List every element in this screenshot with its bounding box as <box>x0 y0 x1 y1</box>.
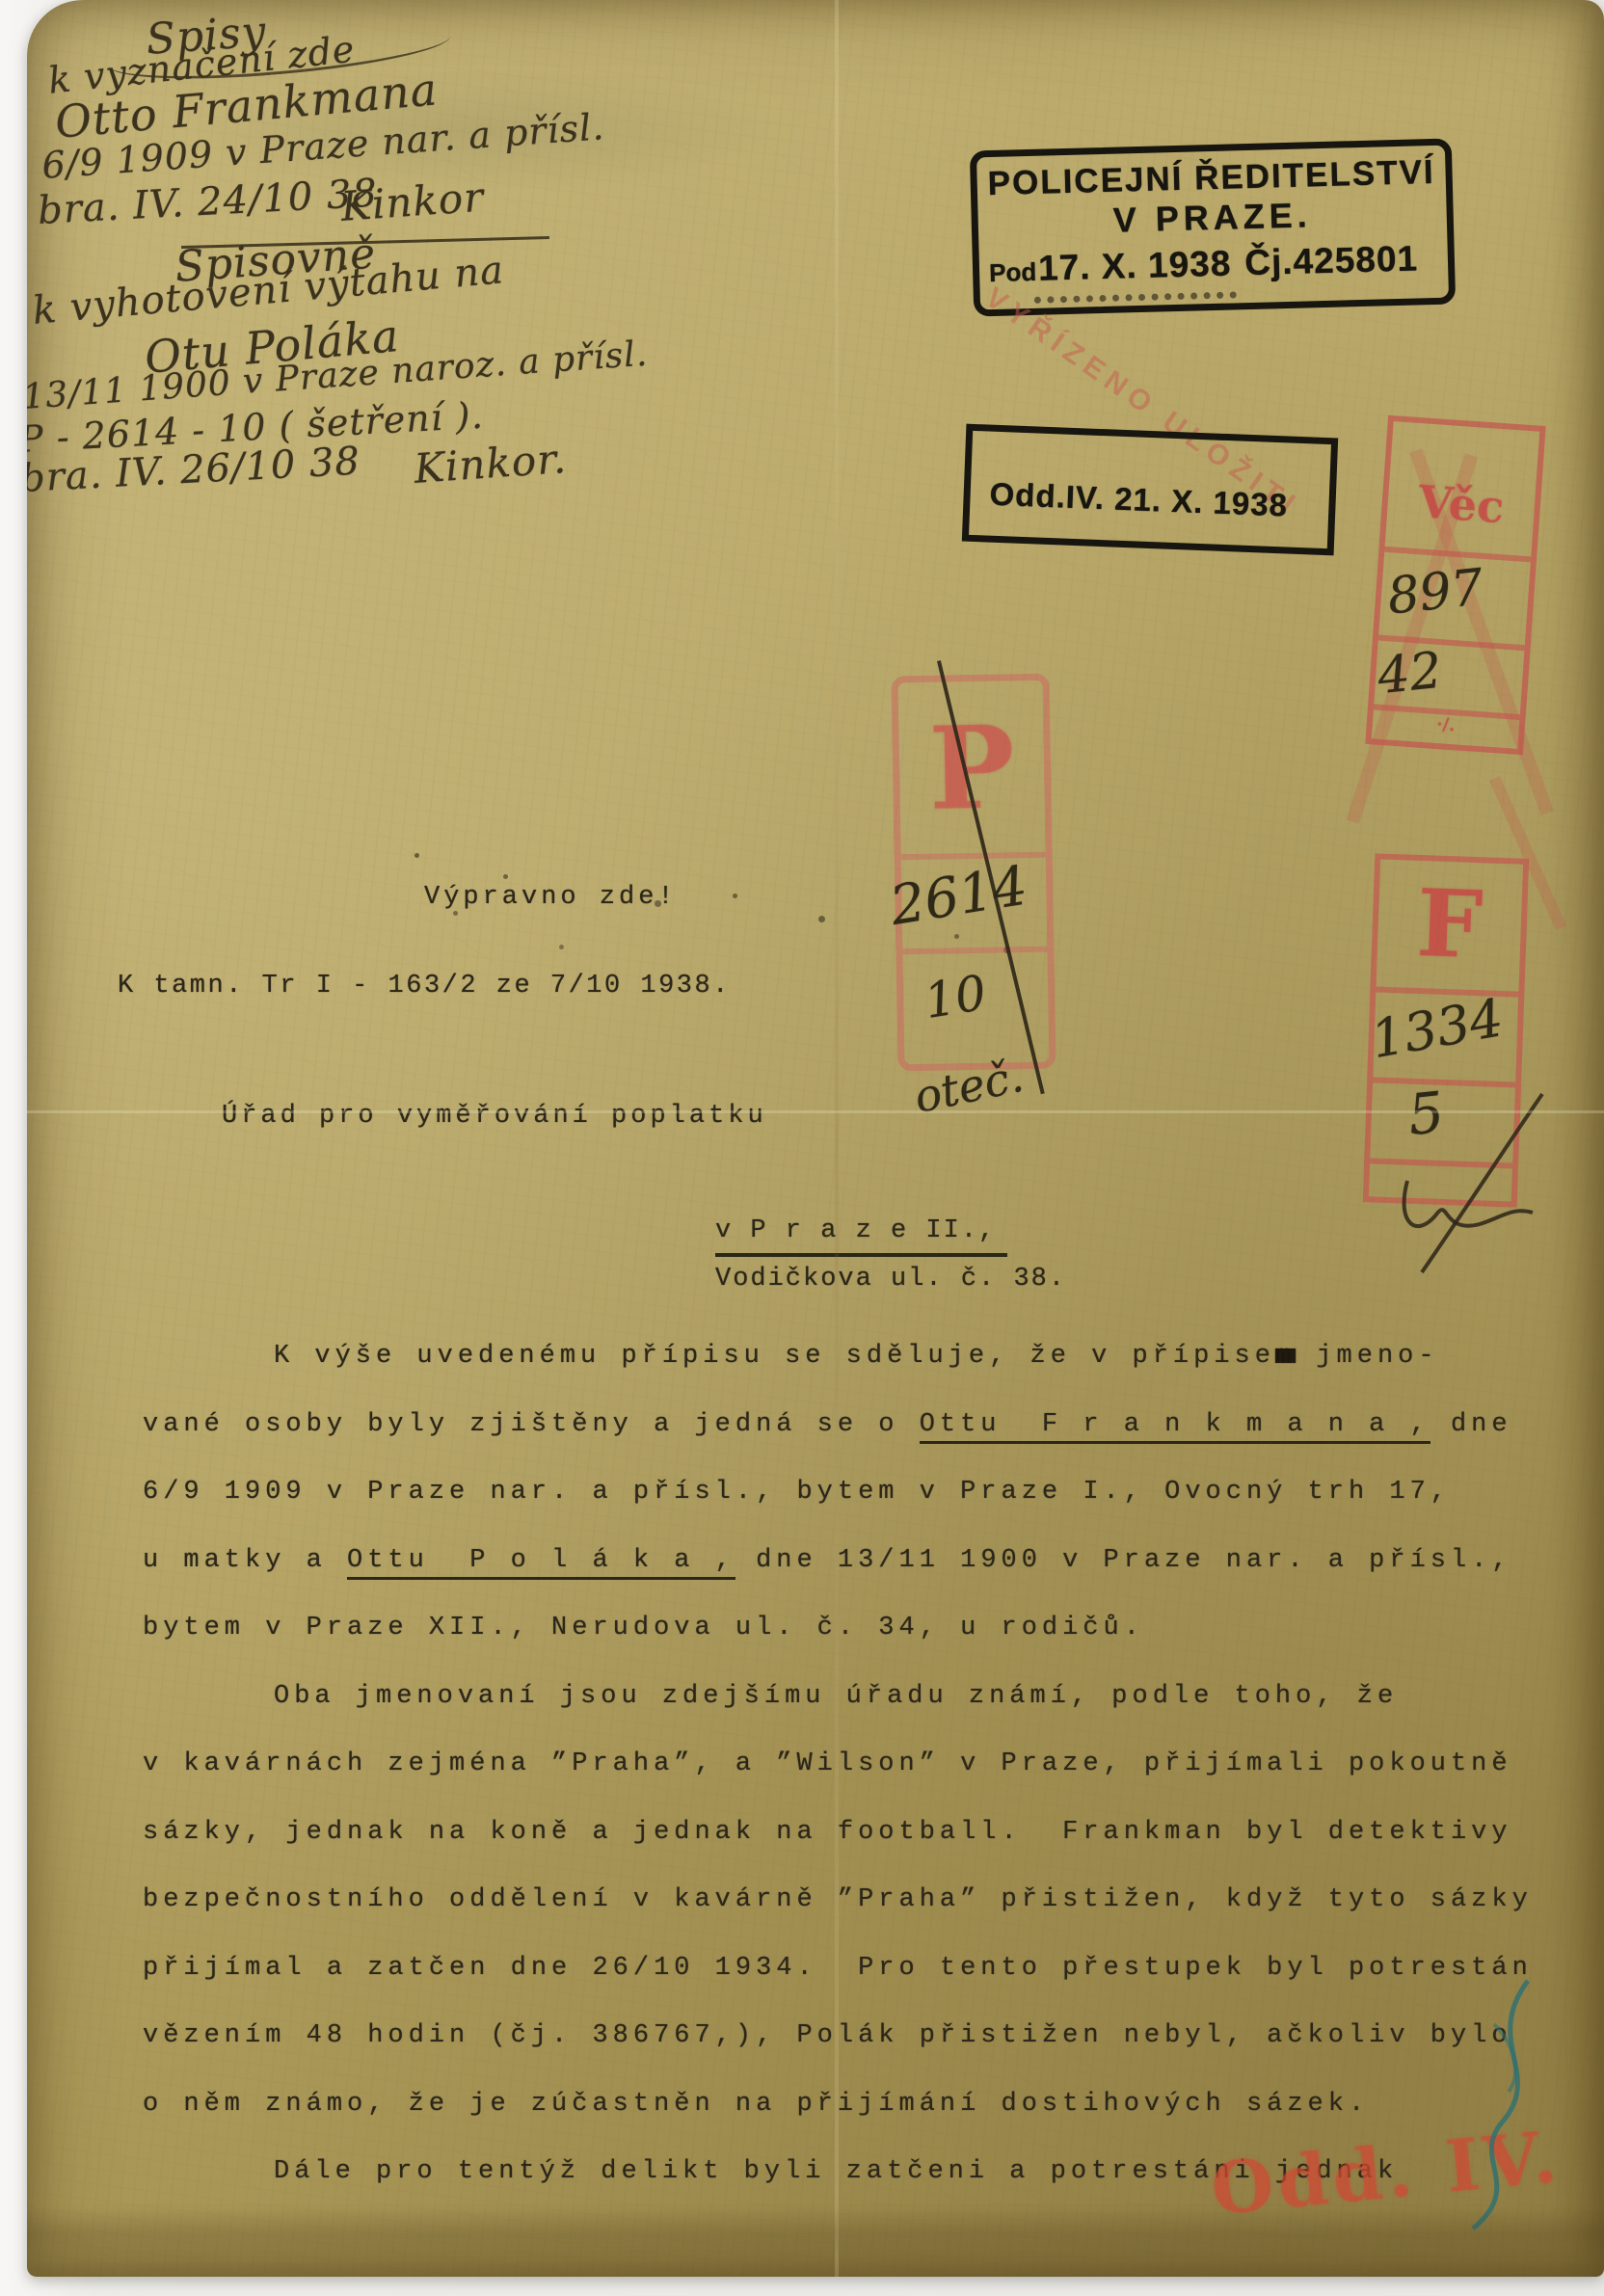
body-text-segment: sázky, jednak na koně a jednak na footba… <box>143 1818 1512 1847</box>
vec-label: Věc <box>1386 421 1539 535</box>
typed-body-line: K výše uvedenému přípisu se sděluje, že … <box>143 1342 1550 1410</box>
typed-body-line: vězením 48 hodin (čj. 386767,), Polák př… <box>143 2021 1550 2090</box>
body-text-segment: K výše uvedenému přípisu se sděluje, že … <box>274 1342 1275 1371</box>
vec-number-1: 897 <box>1385 559 1486 627</box>
stamp-date: 17. X. 1938 <box>1038 243 1232 288</box>
typed-body-line: Oba jmenovaní jsou zdejšímu úřadu známí,… <box>143 1682 1550 1750</box>
p-label: P <box>898 681 1046 857</box>
body-text-segment: u matky a <box>143 1546 347 1575</box>
p-number-2: 10 <box>921 965 990 1029</box>
typed-body-line: 6/9 1909 v Praze nar. a přísl., bytem v … <box>143 1478 1550 1546</box>
f-cell-1: 1334 <box>1373 992 1518 1087</box>
body-text-segment: jmeno- <box>1296 1342 1438 1371</box>
handwritten-signature: Kinkor <box>339 174 486 230</box>
underlined-name: Ottu F r a n k m a n a , <box>920 1410 1430 1444</box>
p-header-cell: P <box>898 681 1046 861</box>
p-number-1: 2614 <box>886 855 1031 938</box>
paper-content: Spisy k vyznačení zde Otto Frankmana 6/9… <box>27 0 1604 2277</box>
typed-body: K výše uvedenému přípisu se sděluje, že … <box>143 1342 1550 2226</box>
vec-cell-2: 42 <box>1374 641 1525 720</box>
vertical-fold <box>835 0 839 2277</box>
scanned-document-page: Spisy k vyznačení zde Otto Frankmana 6/9… <box>0 0 1604 2296</box>
body-text-segment: o něm známo, že je zúčastněn na přijímán… <box>143 2090 1369 2119</box>
body-text-segment: dne 13/11 1900 v Praze nar. a přísl., <box>735 1546 1512 1575</box>
typed-body-line: u matky a Ottu P o l á k a , dne 13/11 1… <box>143 1546 1550 1615</box>
stamp-ref-number: Čj.425801 <box>1244 238 1419 283</box>
handwritten-signature-2: Kinkor. <box>413 435 568 493</box>
typed-body-line: bezpečnostního oddělení v kavárně ”Praha… <box>143 1885 1550 1954</box>
typed-body-line: sázky, jednak na koně a jednak na footba… <box>143 1818 1550 1886</box>
reference-line: K tamn. Tr I - 163/2 ze 7/10 1938. <box>118 972 731 1001</box>
street-line: Vodičkova ul. č. 38. <box>715 1265 1066 1294</box>
body-text-segment: v kavárnách zejména ”Praha”, a ”Wilson” … <box>143 1749 1512 1778</box>
typed-body-line: vané osoby byly zjištěny a jedná se o Ot… <box>143 1410 1550 1479</box>
dispatch-note: Výpravno zde! <box>424 883 678 912</box>
body-text-segment: bytem v Praze XII., Nerudova ul. č. 34, … <box>143 1614 1144 1642</box>
stamp-line-date-ref: Pod 17. X. 1938 Čj.425801 <box>979 237 1449 290</box>
document-paper: Spisy k vyznačení zde Otto Frankmana 6/9… <box>27 0 1604 2277</box>
department-date-stamp: Odd.IV. 21. X. 1938 <box>962 424 1338 556</box>
vec-registry-stamp: Věc 897 42 ·/. <box>1365 415 1545 756</box>
body-text-segment: vané osoby byly zjištěny a jedná se o <box>143 1410 920 1439</box>
city-line: v P r a z e II., <box>715 1216 1007 1257</box>
body-text-segment: vězením 48 hodin (čj. 386767,), Polák př… <box>143 2021 1512 2050</box>
body-text-segment: dne <box>1430 1410 1512 1439</box>
ink-blot-correction: m <box>1275 1342 1296 1371</box>
typed-body-line: bytem v Praze XII., Nerudova ul. č. 34, … <box>143 1614 1550 1682</box>
police-directorate-stamp: POLICEJNÍ ŘEDITELSTVÍ V PRAZE. Pod 17. X… <box>970 138 1456 316</box>
vec-cell-1: 897 <box>1378 552 1531 651</box>
horizontal-fold <box>27 1110 1604 1113</box>
body-text-segment: 6/9 1909 v Praze nar. a přísl., bytem v … <box>143 1478 1451 1507</box>
bottom-wrinkle <box>27 2207 1604 2260</box>
p-cell-2: 10 <box>902 952 1049 1065</box>
underlined-name: Ottu P o l á k a , <box>347 1546 735 1580</box>
typed-body-line: v kavárnách zejména ”Praha”, a ”Wilson” … <box>143 1749 1550 1818</box>
p-registry-stamp: P 2614 10 <box>891 674 1056 1072</box>
ink-speckles <box>414 853 419 858</box>
p-cell-1: 2614 <box>901 858 1048 955</box>
stamp-smudge <box>1034 291 1237 303</box>
f-number-1: 1334 <box>1367 987 1508 1070</box>
office-line: Úřad pro vyměřování poplatku <box>222 1102 767 1131</box>
vec-header-cell: Věc <box>1384 421 1539 562</box>
teal-pen-scribble <box>1378 1966 1591 2246</box>
f-label: F <box>1377 860 1523 990</box>
vec-number-2: 42 <box>1376 642 1445 707</box>
typed-body-line: přijímal a zatčen dne 26/10 1934. Pro te… <box>143 1954 1550 2022</box>
f-header-cell: F <box>1376 860 1523 998</box>
